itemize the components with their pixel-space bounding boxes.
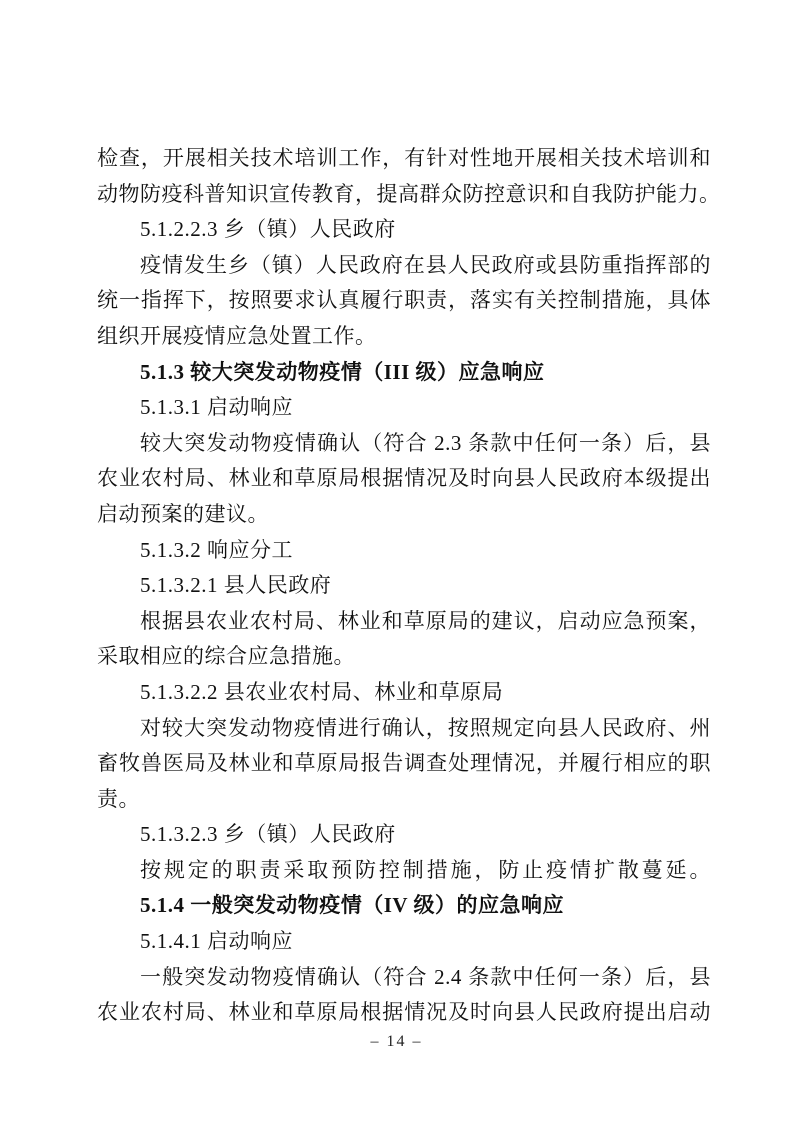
text-line: 5.1.4.1 启动响应: [97, 924, 711, 960]
text-line: 组织开展疫情应急处置工作。: [97, 319, 711, 355]
text-line: 动物防疫科普知识宣传教育，提高群众防控意识和自我防护能力。: [97, 177, 711, 213]
text-line: 较大突发动物疫情确认（符合 2.3 条款中任何一条）后，县: [97, 426, 711, 462]
heading-line: 5.1.3 较大突发动物疫情（III 级）应急响应: [97, 355, 711, 391]
text-line: 5.1.3.2 响应分工: [97, 533, 711, 569]
text-line: 根据县农业农村局、林业和草原局的建议，启动应急预案，: [97, 604, 711, 640]
text-line: 采取相应的综合应急措施。: [97, 639, 711, 675]
text-line: 畜牧兽医局及林业和草原局报告调查处理情况，并履行相应的职: [97, 746, 711, 782]
text-line: 统一指挥下，按照要求认真履行职责，落实有关控制措施，具体: [97, 283, 711, 319]
page-number: – 14 –: [0, 1033, 793, 1051]
text-line: 5.1.3.2.1 县人民政府: [97, 568, 711, 604]
text-line: 对较大突发动物疫情进行确认，按照规定向县人民政府、州: [97, 711, 711, 747]
text-line: 5.1.2.2.3 乡（镇）人民政府: [97, 212, 711, 248]
document-page: 检查，开展相关技术培训工作，有针对性地开展相关技术培训和动物防疫科普知识宣传教育…: [0, 0, 793, 1122]
text-line: 一般突发动物疫情确认（符合 2.4 条款中任何一条）后，县: [97, 960, 711, 996]
text-line: 按规定的职责采取预防控制措施，防止疫情扩散蔓延。: [97, 853, 711, 889]
text-line: 疫情发生乡（镇）人民政府在县人民政府或县防重指挥部的: [97, 248, 711, 284]
text-line: 农业农村局、林业和草原局根据情况及时向县人民政府提出启动: [97, 995, 711, 1031]
text-line: 责。: [97, 782, 711, 818]
text-line: 5.1.3.2.2 县农业农村局、林业和草原局: [97, 675, 711, 711]
text-line: 启动预案的建议。: [97, 497, 711, 533]
heading-line: 5.1.4 一般突发动物疫情（IV 级）的应急响应: [97, 888, 711, 924]
text-line: 5.1.3.2.3 乡（镇）人民政府: [97, 817, 711, 853]
text-line: 5.1.3.1 启动响应: [97, 390, 711, 426]
text-line: 农业农村局、林业和草原局根据情况及时向县人民政府本级提出: [97, 461, 711, 497]
text-line: 检查，开展相关技术培训工作，有针对性地开展相关技术培训和: [97, 141, 711, 177]
document-body: 检查，开展相关技术培训工作，有针对性地开展相关技术培训和动物防疫科普知识宣传教育…: [97, 141, 711, 1031]
